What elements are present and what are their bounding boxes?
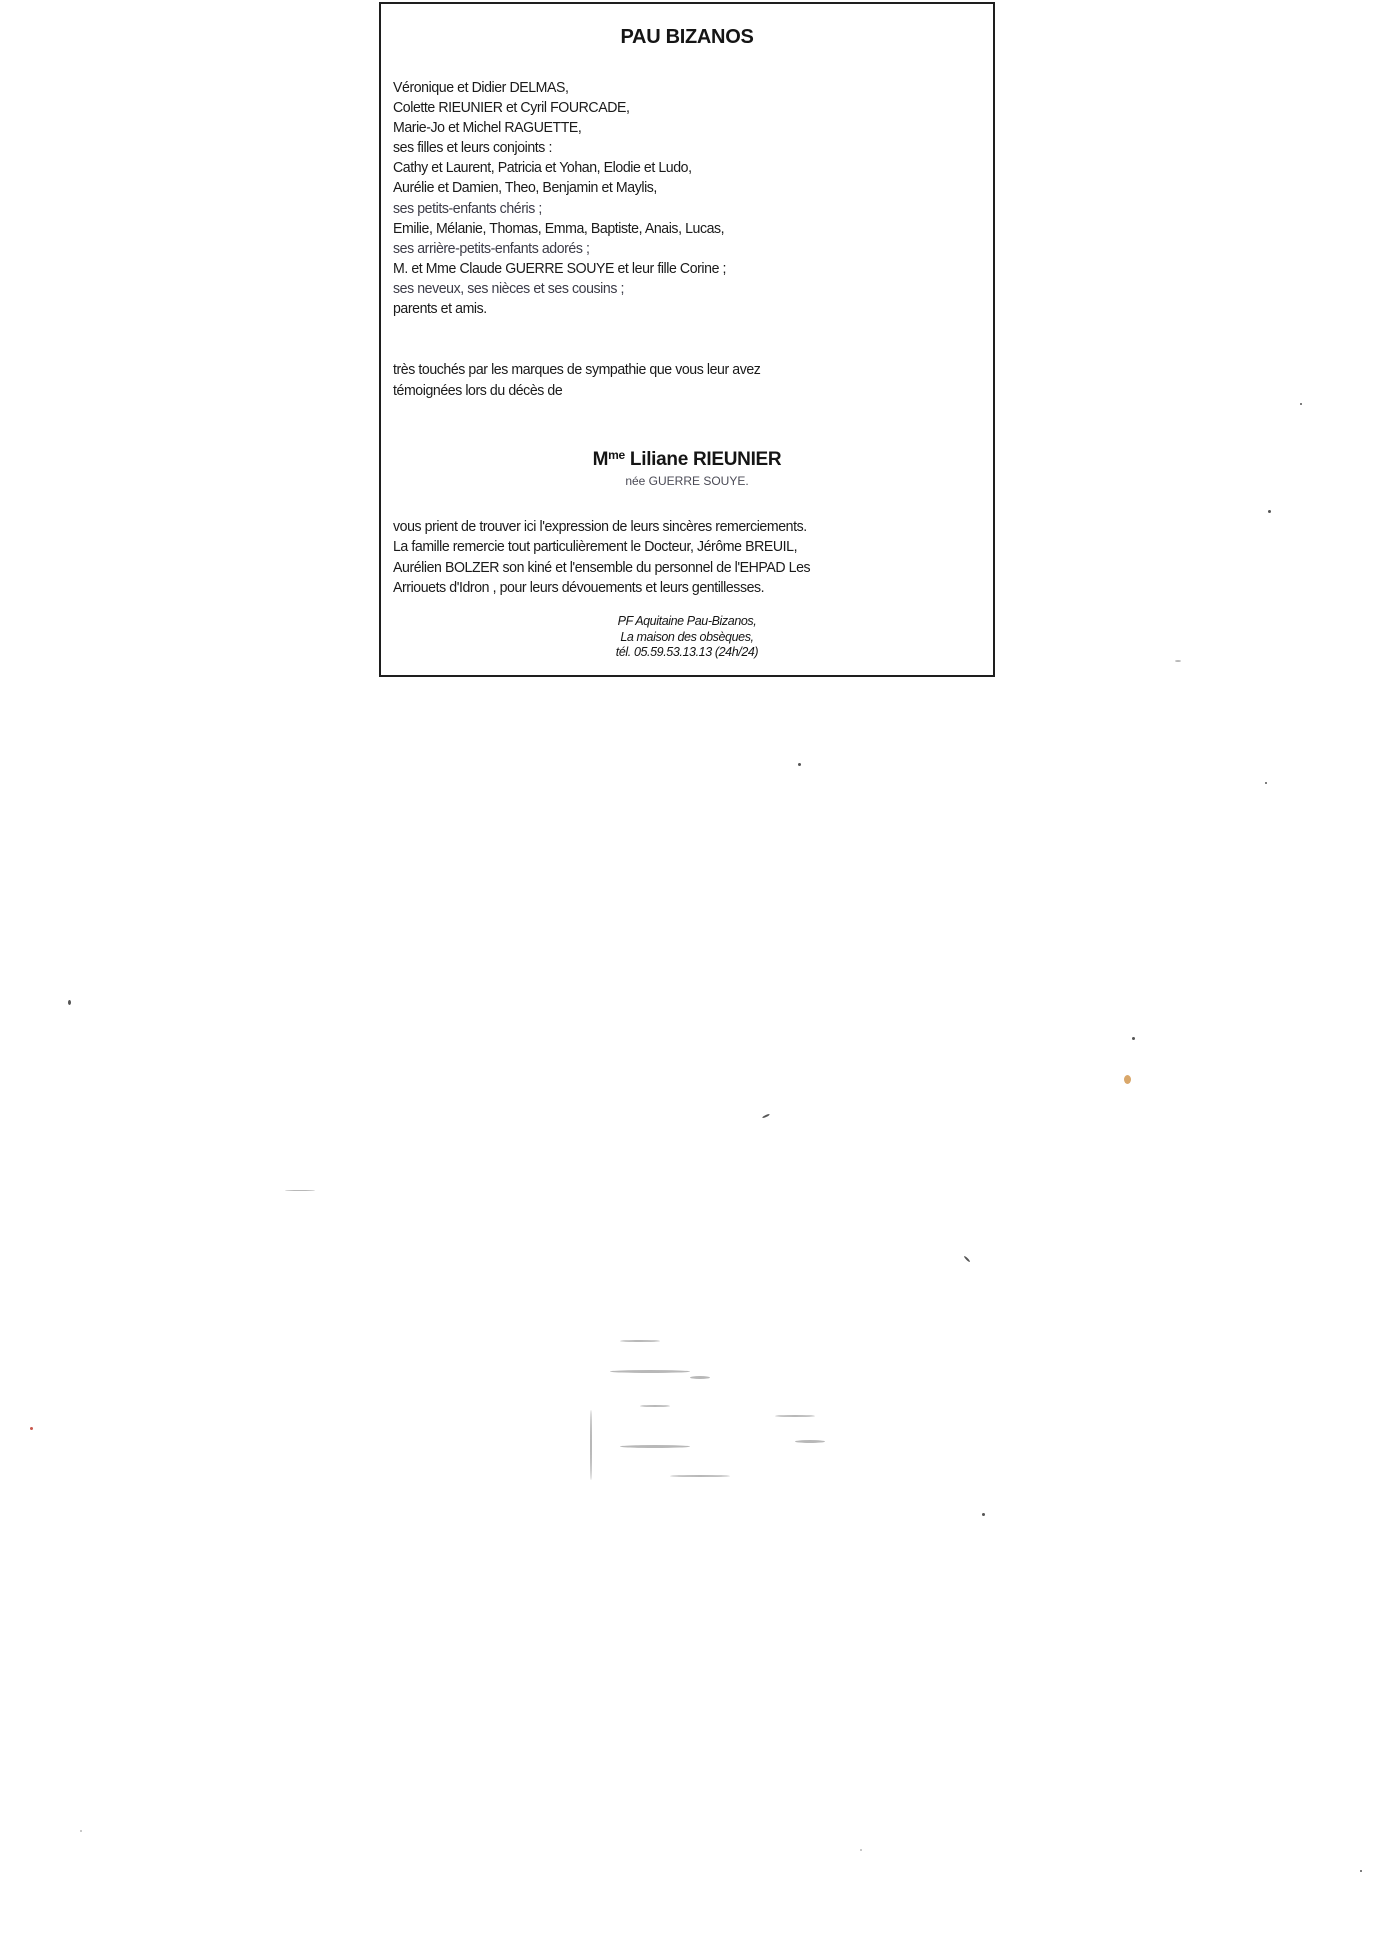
scan-speck (1360, 1870, 1362, 1872)
deceased-name: Mme Liliane RIEUNIER (381, 448, 993, 471)
scan-speck (68, 1000, 71, 1005)
scan-speck (798, 763, 801, 766)
scan-speck (1300, 403, 1302, 405)
family-line: ses arrière-petits-enfants adorés ; (393, 239, 942, 259)
scan-speck (982, 1513, 985, 1516)
family-line: Cathy et Laurent, Patricia et Yohan, Elo… (393, 158, 942, 178)
family-line: Véronique et Didier DELMAS, (393, 78, 942, 98)
thanks-line: La famille remercie tout particulièremen… (393, 537, 810, 557)
scan-speck (80, 1830, 82, 1832)
family-list: Véronique et Didier DELMAS, Colette RIEU… (393, 78, 942, 319)
scan-speck (30, 1427, 33, 1430)
family-line: M. et Mme Claude GUERRE SOUYE et leur fi… (393, 259, 942, 279)
obituary-notice: PAU BIZANOS Véronique et Didier DELMAS, … (379, 2, 995, 677)
funeral-home-tagline: La maison des obsèques, (381, 630, 993, 646)
scan-speck (762, 1113, 770, 1118)
family-line: Marie-Jo et Michel RAGUETTE, (393, 118, 942, 138)
intro-line: témoignées lors du décès de (393, 381, 760, 402)
funeral-home-name: PF Aquitaine Pau-Bizanos, (381, 614, 993, 630)
thanks-line: vous prient de trouver ici l'expression … (393, 517, 810, 537)
scan-speck (1175, 660, 1181, 662)
funeral-home-signature: PF Aquitaine Pau-Bizanos, La maison des … (381, 614, 993, 661)
thanks-line: Arriouets d'Idron , pour leurs dévouemen… (393, 578, 810, 598)
scan-speck (1265, 782, 1267, 784)
thanks-body: vous prient de trouver ici l'expression … (393, 517, 810, 599)
deceased-full-name: Liliane RIEUNIER (630, 449, 781, 470)
honorific: M (593, 449, 609, 470)
thanks-intro: très touchés par les marques de sympathi… (393, 360, 760, 401)
family-line: parents et amis. (393, 299, 942, 319)
family-line: Colette RIEUNIER et Cyril FOURCADE, (393, 98, 942, 118)
family-line: Aurélie et Damien, Theo, Benjamin et May… (393, 178, 942, 198)
scan-speck (1124, 1075, 1131, 1084)
scan-noise-cluster (590, 1320, 920, 1470)
maiden-name: née GUERRE SOUYE. (381, 474, 993, 488)
honorific-superscript: me (608, 448, 625, 462)
scan-speck (285, 1190, 315, 1191)
funeral-home-phone: tél. 05.59.53.13.13 (24h/24) (381, 645, 993, 661)
scan-speck (1268, 510, 1271, 513)
thanks-line: Aurélien BOLZER son kiné et l'ensemble d… (393, 558, 810, 578)
scan-speck (963, 1255, 970, 1262)
notice-title: PAU BIZANOS (381, 26, 993, 49)
family-line: ses filles et leurs conjoints : (393, 138, 942, 158)
family-line: ses petits-enfants chéris ; (393, 199, 942, 219)
scan-speck (1132, 1037, 1135, 1040)
intro-line: très touchés par les marques de sympathi… (393, 360, 760, 381)
family-line: ses neveux, ses nièces et ses cousins ; (393, 279, 942, 299)
family-line: Emilie, Mélanie, Thomas, Emma, Baptiste,… (393, 219, 942, 239)
scan-speck (860, 1849, 862, 1851)
